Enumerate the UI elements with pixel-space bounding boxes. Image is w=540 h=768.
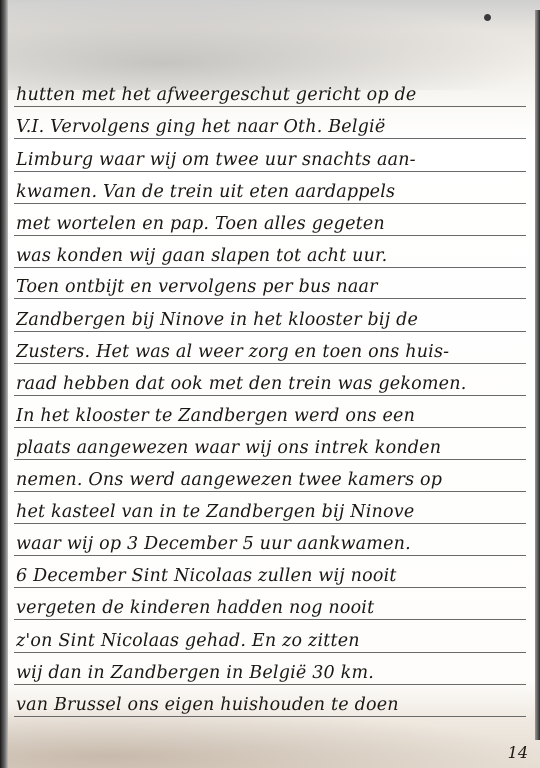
handwritten-line: z'on Sint Nicolaas gehad. En zo zitten [16,630,528,652]
ruled-line [14,491,526,492]
handwritten-line: hutten met het afweergeschut gericht op … [16,84,528,106]
handwritten-line: wij dan in Zandbergen in België 30 km. [16,662,528,684]
handwritten-line: plaats aangewezen waar wij ons intrek ko… [16,437,528,459]
handwritten-line: nemen. Ons werd aangewezen twee kamers o… [16,469,528,491]
ruled-line [14,395,526,396]
ruled-line [14,555,526,556]
handwritten-line: 6 December Sint Nicolaas zullen wij nooi… [16,565,528,587]
photo-stain-bottom [0,708,540,768]
ruled-line [14,427,526,428]
ruled-line [14,171,526,172]
ruled-line [14,716,526,717]
handwritten-line: Limburg waar wij om twee uur snachts aan… [16,149,528,171]
ruled-line [14,587,526,588]
handwritten-line: van Brussel ons eigen huishouden te doen [16,694,528,716]
page-number: 14 [508,743,528,762]
handwritten-line: met wortelen en pap. Toen alles gegeten [16,213,528,235]
ruled-line [14,203,526,204]
photo-shadow-top [0,0,540,90]
handwritten-line: vergeten de kinderen hadden nog nooit [16,597,528,619]
handwritten-line: waar wij op 3 December 5 uur aankwamen. [16,533,528,555]
ruled-line [14,652,526,653]
page-edge-right [535,10,540,740]
ruled-line [14,298,526,299]
handwritten-line: V.I. Vervolgens ging het naar Oth. Belgi… [16,116,528,138]
ruled-line [14,363,526,364]
handwritten-line: Toen ontbijt en vervolgens per bus naar [16,276,528,298]
ruled-line [14,267,526,268]
document-page: hutten met het afweergeschut gericht op … [0,0,540,768]
handwritten-line: In het klooster te Zandbergen werd ons e… [16,405,528,427]
ruled-line [14,235,526,236]
ruled-line [14,523,526,524]
ruled-line [14,459,526,460]
ruled-line [14,331,526,332]
page-edge-left [0,0,8,768]
handwritten-line: het kasteel van in te Zandbergen bij Nin… [16,501,528,523]
handwritten-line: kwamen. Van de trein uit eten aardappels [16,181,528,203]
handwritten-line: Zusters. Het was al weer zorg en toen on… [16,341,528,363]
ruled-line [14,138,526,139]
ruled-line [14,684,526,685]
ruled-line [14,106,526,107]
handwritten-line: raad hebben dat ook met den trein was ge… [16,373,528,395]
ruled-line [14,619,526,620]
handwritten-line: was konden wij gaan slapen tot acht uur. [16,245,528,267]
punch-hole [484,14,491,21]
handwritten-line: Zandbergen bij Ninove in het klooster bi… [16,309,528,331]
